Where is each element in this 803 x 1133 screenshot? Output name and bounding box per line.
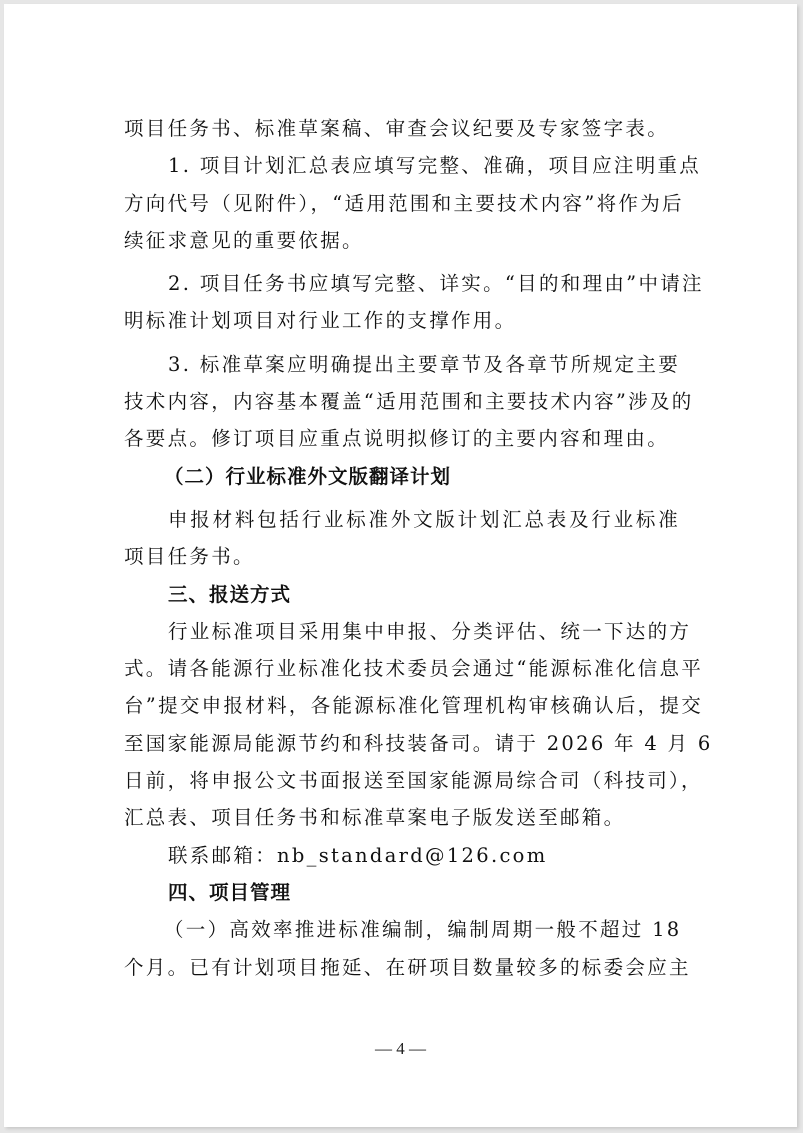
page-number: — 4 — [4, 1039, 797, 1059]
paragraph-line: 日前，将申报公文书面报送至国家能源局综合司（科技司）， [124, 762, 680, 799]
item-3-line: 各要点。修订项目应重点说明拟修订的主要内容和理由。 [124, 420, 680, 457]
item-1-line: 1. 项目计划汇总表应填写完整、准确，项目应注明重点 [124, 147, 680, 184]
document-page: 项目任务书、标准草案稿、审查会议纪要及专家签字表。 1. 项目计划汇总表应填写完… [4, 4, 797, 1127]
paragraph-line: 行业标准项目采用集中申报、分类评估、统一下达的方 [124, 613, 680, 650]
paragraph-line: 至国家能源局能源节约和科技装备司。请于 2026 年 4 月 6 [124, 725, 680, 762]
document-body: 项目任务书、标准草案稿、审查会议纪要及专家签字表。 1. 项目计划汇总表应填写完… [124, 110, 680, 986]
item-1-line: 方向代号（见附件），“适用范围和主要技术内容”将作为后 [124, 185, 680, 222]
section-heading: 三、报送方式 [124, 576, 680, 613]
contact-email: 联系邮箱：nb_standard@126.com [124, 837, 680, 874]
section-heading: 四、项目管理 [124, 874, 680, 911]
item-2-line: 2. 项目任务书应填写完整、详实。“目的和理由”中请注 [124, 265, 680, 302]
item-1-line: 续征求意见的重要依据。 [124, 222, 680, 259]
item-3-line: 技术内容，内容基本覆盖“适用范围和主要技术内容”涉及的 [124, 383, 680, 420]
item-2-line: 明标准计划项目对行业工作的支撑作用。 [124, 302, 680, 339]
paragraph-line: 项目任务书、标准草案稿、审查会议纪要及专家签字表。 [124, 110, 680, 147]
paragraph-line: 申报材料包括行业标准外文版计划汇总表及行业标准 [124, 501, 680, 538]
paragraph-line: （一）高效率推进标准编制，编制周期一般不超过 18 [124, 911, 680, 948]
paragraph-line: 汇总表、项目任务书和标准草案电子版发送至邮箱。 [124, 799, 680, 836]
paragraph-line: 个月。已有计划项目拖延、在研项目数量较多的标委会应主 [124, 949, 680, 986]
paragraph-line: 项目任务书。 [124, 538, 680, 575]
subsection-heading: （二）行业标准外文版翻译计划 [124, 458, 680, 495]
paragraph-line: 台”提交申报材料，各能源标准化管理机构审核确认后，提交 [124, 687, 680, 724]
paragraph-line: 式。请各能源行业标准化技术委员会通过“能源标准化信息平 [124, 650, 680, 687]
item-3-line: 3. 标准草案应明确提出主要章节及各章节所规定主要 [124, 346, 680, 383]
